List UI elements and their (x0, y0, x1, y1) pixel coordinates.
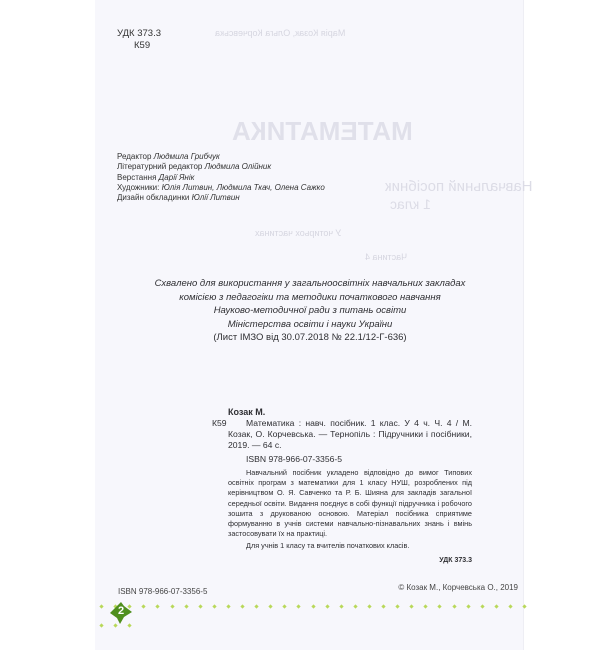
approval-line: Схвалено для використання у загальноосві… (140, 277, 480, 291)
dot-decoration (240, 604, 244, 608)
bib-description: Математика : навч. посібник. 1 клас. У 4… (210, 418, 472, 451)
dot-decoration (198, 604, 202, 608)
dot-decoration (184, 604, 188, 608)
dot-decoration (452, 604, 456, 608)
dot-decoration (325, 604, 329, 608)
page-number: 2 (108, 605, 134, 617)
credits-block: Редактор Людмила Грибчук Літературний ре… (117, 152, 325, 203)
dot-decoration (424, 604, 428, 608)
dot-decoration (254, 604, 258, 608)
dot-decoration (410, 604, 414, 608)
dot-decoration (494, 604, 498, 608)
udk-code: УДК 373.3 (117, 28, 161, 40)
dot-decoration (522, 604, 526, 608)
bibliographic-record: Козак М. К59 Математика : навч. посібник… (210, 407, 472, 566)
dot-decoration (466, 604, 470, 608)
approval-line: комісією з педагогіки та методики початк… (140, 291, 480, 305)
bib-code: К59 (212, 418, 227, 429)
approval-line: Міністерства освіти і науки України (140, 318, 480, 332)
credit-layout: Верстання Дарії Янік (117, 173, 325, 183)
credit-cover-design: Дизайн обкладинки Юлії Литвин (117, 193, 325, 203)
dot-decoration (339, 604, 343, 608)
udk-header: УДК 373.3 К59 (117, 28, 161, 52)
dot-decoration (212, 604, 216, 608)
dot-decoration (353, 604, 357, 608)
dot-decoration (269, 604, 273, 608)
footer-copyright: © Козак М., Корчевська О., 2019 (398, 583, 518, 592)
decorative-dot-line-lower (100, 624, 140, 628)
bleed-author-line: Марія Козак, Ольга Корчевська (215, 28, 345, 38)
dot-decoration (297, 604, 301, 608)
dot-decoration (156, 604, 160, 608)
dot-decoration (283, 604, 287, 608)
credit-illustrators: Художники: Юлія Литвин, Людмила Ткач, Ол… (117, 183, 325, 193)
dot-decoration (367, 604, 371, 608)
dot-decoration (508, 604, 512, 608)
dot-decoration (226, 604, 230, 608)
bleed-line2: 1 клас (390, 196, 431, 212)
credit-literary-editor: Літературний редактор Людмила Олійник (117, 162, 325, 172)
dot-decoration (381, 604, 385, 608)
bleed-line3: У чотирьох частинах (255, 228, 341, 238)
bleed-line1: Навчальний посібник (385, 178, 533, 195)
credit-editor: Редактор Людмила Грибчук (117, 152, 325, 162)
bib-isbn: ISBN 978-966-07-3356-5 (210, 454, 472, 465)
dot-decoration (170, 604, 174, 608)
dot-decoration (99, 623, 103, 627)
dot-decoration (113, 623, 117, 627)
dot-decoration (480, 604, 484, 608)
footer-isbn: ISBN 978-966-07-3356-5 (118, 587, 207, 596)
approval-block: Схвалено для використання у загальноосві… (140, 277, 480, 345)
approval-line: Науково-методичної ради з питань освіти (140, 304, 480, 318)
bib-annotation: Навчальний посібник укладено відповідно … (210, 468, 472, 539)
bib-author: Козак М. (210, 407, 472, 418)
dot-decoration (311, 604, 315, 608)
bleed-title: МАТЕМАТИКА (232, 116, 413, 147)
library-code: К59 (117, 40, 161, 52)
dot-decoration (99, 604, 103, 608)
dot-decoration (395, 604, 399, 608)
dot-decoration (438, 604, 442, 608)
bib-audience: Для учнів 1 класу та вчителів початкових… (210, 540, 472, 551)
decorative-dot-line (100, 605, 525, 609)
bleed-line4: Частина 4 (365, 252, 407, 262)
bib-udk: УДК 373.3 (210, 555, 472, 566)
dot-decoration (142, 604, 146, 608)
approval-letter: (Лист ІМЗО від 30.07.2018 № 22.1/12-Г-63… (140, 331, 480, 345)
page-number-badge: 2 (108, 602, 134, 624)
dot-decoration (128, 623, 132, 627)
